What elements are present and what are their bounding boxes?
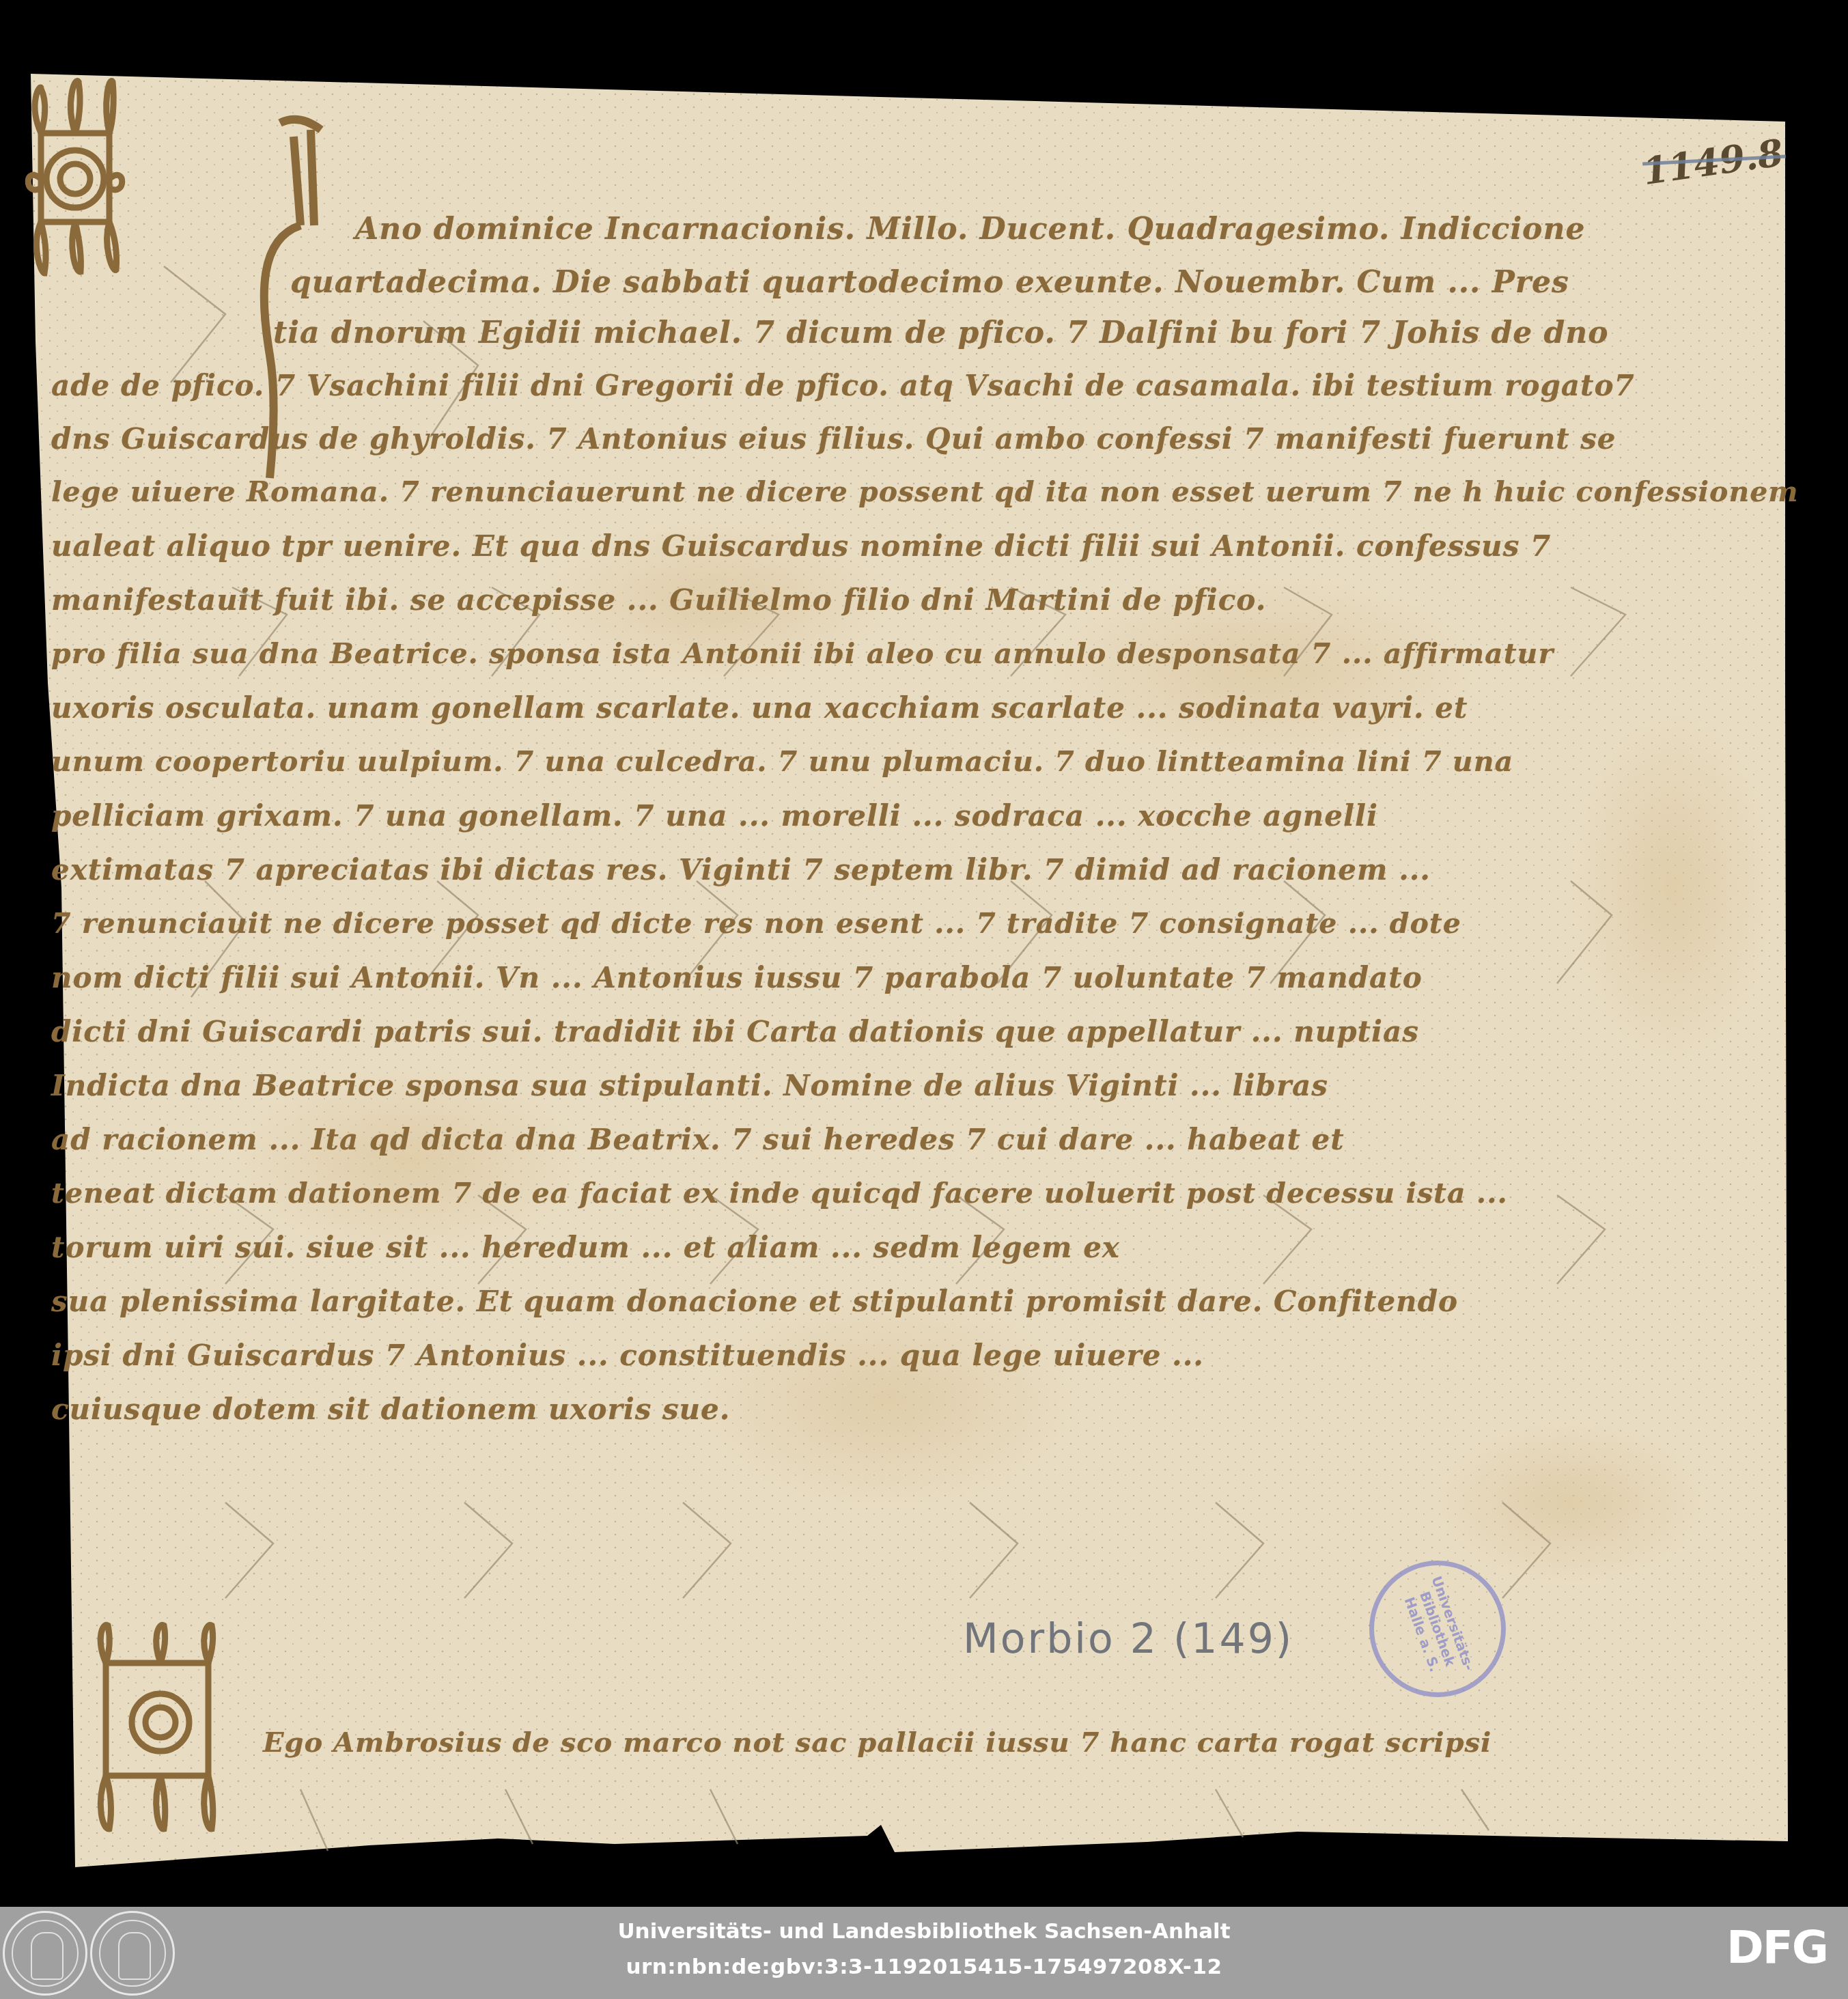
charter-line-10: uxoris osculata. unam gonellam scarlate.… (51, 691, 1468, 725)
charter-line-7: ualeat aliquo tpr uenire. Et qua dns Gui… (51, 529, 1551, 563)
charter-line-21: sua plenissima largitate. Et quam donaci… (51, 1285, 1458, 1318)
notary-subscription: Ego Ambrosius de sco marco not sac palla… (263, 1727, 1492, 1759)
charter-line-20: torum uiri sui. siue sit ... heredum ...… (51, 1231, 1120, 1264)
charter-line-4: ade de pfico. 7 Vsachini filii dni Grego… (51, 369, 1635, 402)
charter-line-11: unum coopertoriu uulpium. 7 una culcedra… (51, 745, 1513, 778)
charter-line-5: dns Guiscardus de ghyroldis. 7 Antonius … (51, 422, 1616, 456)
charter-line-12: pelliciam grixam. 7 una gonellam. 7 una … (51, 799, 1378, 833)
charter-line-2: quartadecima. Die sabbati quartodecimo e… (290, 265, 1569, 300)
document-viewer: 1149.8 Ano dominice Incarnacionis. Millo… (0, 0, 1848, 1907)
charter-line-8: manifestauit fuit ibi. se accepisse ... … (51, 583, 1266, 617)
footer-urn: urn:nbn:de:gbv:3:3-1192015415-175497208X… (0, 1955, 1848, 1979)
charter-line-16: dicti dni Guiscardi patris sui. tradidit… (51, 1015, 1419, 1048)
charter-line-19: teneat dictam dationem 7 de ea faciat ex… (51, 1177, 1508, 1210)
dfg-logo: DFG (1726, 1925, 1828, 1970)
charter-line-22: ipsi dni Guiscardus 7 Antonius ... const… (51, 1339, 1204, 1372)
charter-line-23: cuiusque dotem sit dationem uxoris sue. (51, 1393, 730, 1426)
library-stamp: Universitäts-Bibliothek Halle a. S. (1369, 1561, 1506, 1697)
library-stamp-text: Universitäts-Bibliothek Halle a. S. (1381, 1572, 1495, 1686)
charter-line-9: pro filia sua dna Beatrice. sponsa ista … (51, 637, 1554, 670)
charter-line-14: 7 renunciauit ne dicere posset qd dicte … (51, 907, 1461, 940)
charter-line-3: tia dnorum Egidii michael. 7 dicum de pf… (273, 316, 1609, 350)
charter-line-18: ad racionem ... Ita qd dicta dna Beatrix… (51, 1123, 1345, 1156)
charter-line-15: nom dicti filii sui Antonii. Vn ... Anto… (51, 961, 1423, 994)
charter-line-13: extimatas 7 apreciatas ibi dictas res. V… (51, 853, 1431, 886)
charter-line-17: Indicta dna Beatrice sponsa sua stipulan… (51, 1069, 1328, 1102)
charter-line-6: lege uiuere Romana. 7 renunciauerunt ne … (51, 475, 1799, 508)
footer-bar: Universitäts- und Landesbibliothek Sachs… (0, 1907, 1848, 1999)
pencil-shelfmark-annotation: Morbio 2 (149) (963, 1615, 1293, 1663)
charter-parchment: 1149.8 Ano dominice Incarnacionis. Millo… (0, 0, 1848, 1907)
footer-institution: Universitäts- und Landesbibliothek Sachs… (0, 1919, 1848, 1944)
charter-line-1: Ano dominice Incarnacionis. Millo. Ducen… (355, 212, 1585, 247)
